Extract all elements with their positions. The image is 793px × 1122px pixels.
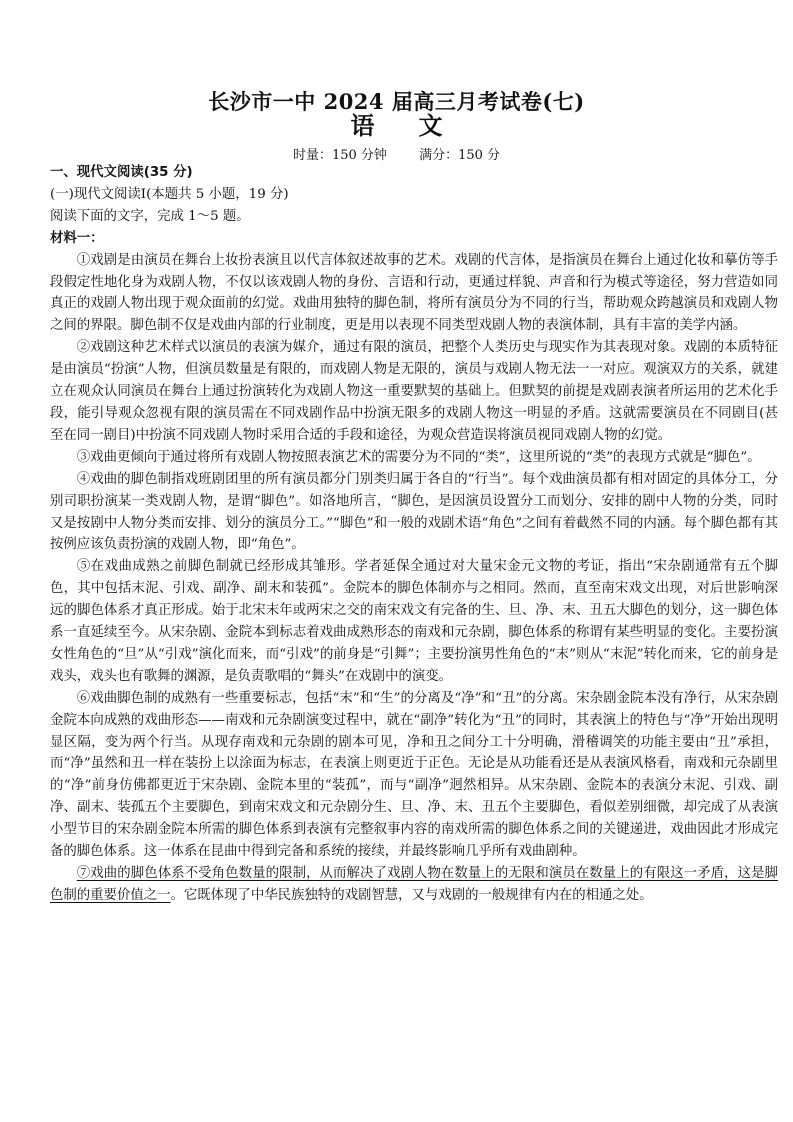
subject-char-1: 语 (351, 106, 375, 141)
paragraph-7: ⑦戏曲的脚色体系不受角色数量的限制，从而解决了戏剧人物在数量上的无限和演员在数量… (50, 863, 778, 907)
full-score-label: 满分：150 分 (419, 148, 500, 163)
exam-body: 一、现代文阅读(35 分) (一)现代文阅读Ⅰ(本题共 5 小题，19 分) 阅… (50, 162, 778, 907)
material-label: 材料一： (50, 228, 778, 250)
subject-title: 语文 (0, 106, 793, 141)
exam-meta: 时量：150 分钟 满分：150 分 (0, 144, 793, 163)
subject-char-2: 文 (419, 106, 443, 141)
paragraph-3: ③戏曲更倾向于通过将所有戏剧人物按照表演艺术的需要分为不同的“类”，这里所说的“… (50, 447, 778, 469)
paragraph-1: ①戏剧是由演员在舞台上妆扮表演且以代言体叙述故事的艺术。戏剧的代言体，是指演员在… (50, 250, 778, 338)
paragraph-4: ④戏曲的脚色制指戏班剧团里的所有演员都分门别类归属于各自的“行当”。每个戏曲演员… (50, 469, 778, 557)
sub-section-heading: (一)现代文阅读Ⅰ(本题共 5 小题，19 分) (50, 184, 778, 206)
duration-label: 时量：150 分钟 (293, 148, 387, 163)
instruction-text: 阅读下面的文字，完成 1～5 题。 (50, 206, 778, 228)
section-heading: 一、现代文阅读(35 分) (50, 162, 778, 184)
paragraph-6: ⑥戏曲脚色制的成熟有一些重要标志，包括“末”和“生”的分离及“净”和“丑”的分离… (50, 688, 778, 863)
paragraph-2: ②戏剧这种艺术样式以演员的表演为媒介，通过有限的演员，把整个人类历史与现实作为其… (50, 337, 778, 447)
paragraph-5: ⑤在戏曲成熟之前脚色制就已经形成其雏形。学者延保全通过对大量宋金元文物的考证，指… (50, 556, 778, 687)
paragraph-7-rest: 。它既体现了中华民族独特的戏剧智慧，又与戏剧的一般规律有内在的相通之处。 (171, 888, 653, 903)
exam-page: 长沙市一中 2024 届高三月考试卷(七) 语文 时量：150 分钟 满分：15… (0, 0, 793, 1122)
